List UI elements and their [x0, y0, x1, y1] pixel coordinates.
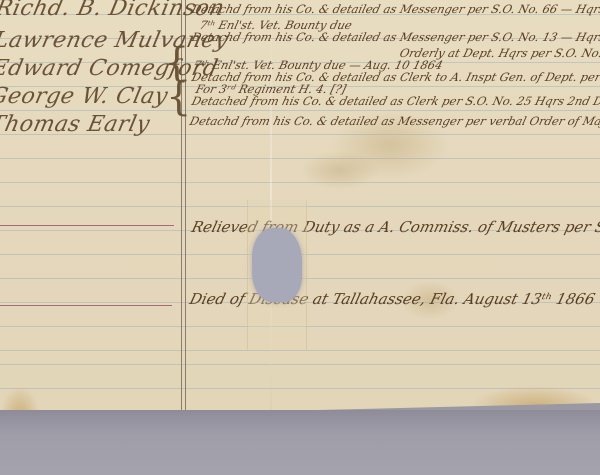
- ruling-line: [0, 110, 600, 111]
- ink-blot: [252, 228, 302, 302]
- ruling-line: [0, 350, 600, 351]
- remark-entry: Detachd from his Co. & detailed as Messe…: [190, 2, 600, 16]
- ledger-page: Richd. B. Dickinson Lawrence Mulvaney Ed…: [0, 0, 600, 424]
- soldier-name: Thomas Early: [0, 112, 152, 137]
- remark-entry: Detached from his Co. & detailed as Cler…: [190, 94, 600, 108]
- ruling-line: [0, 158, 600, 159]
- soldier-name: George W. Clay: [0, 84, 170, 109]
- brace-mark: {: [166, 74, 191, 120]
- ruling-line: [0, 364, 600, 365]
- remark-entry: Detachd from his Co. & detailed as Messe…: [190, 30, 600, 44]
- red-rule: [0, 225, 174, 226]
- water-stain: [300, 150, 380, 190]
- edge-stain: [470, 385, 600, 407]
- ruling-line: [0, 182, 600, 183]
- red-rule: [0, 305, 172, 306]
- remark-entry: Detachd from his Co. & detailed as Messe…: [188, 114, 600, 128]
- background-surface: [0, 410, 600, 475]
